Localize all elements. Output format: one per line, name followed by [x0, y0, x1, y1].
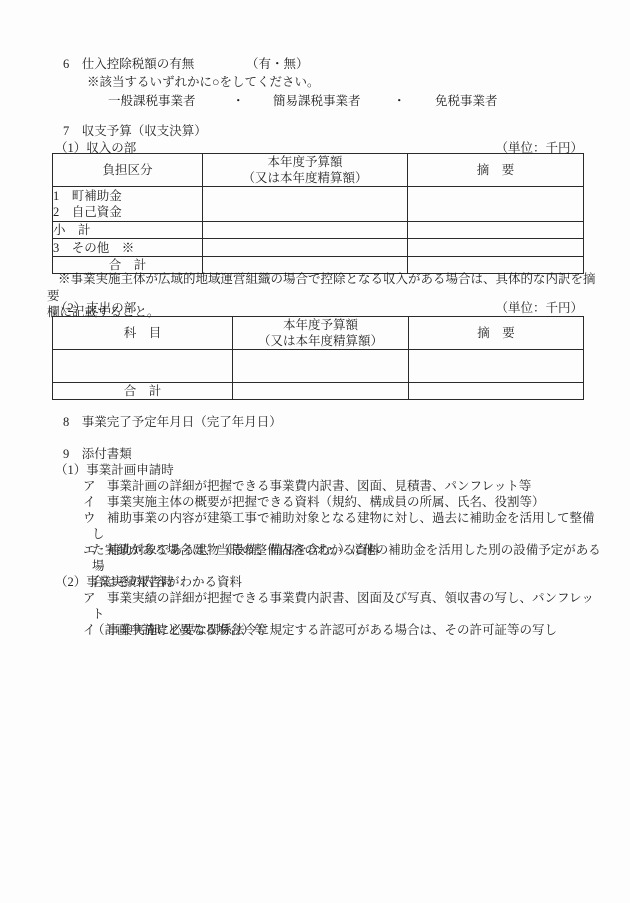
item-marker: ウ	[83, 510, 96, 526]
item-marker: エ	[83, 542, 96, 558]
item-marker: イ	[83, 494, 96, 510]
choice-separator-dot: ・	[232, 93, 245, 109]
income-row-label-subsidy-selffunds: 1 町補助金 2 自己資金	[53, 187, 203, 222]
expense-row-label-total: 合 計	[53, 383, 233, 400]
income-table: 負担区分 本年度予算額 （又は本年度精算額） 摘 要 1 町補助金 2 自己資金…	[52, 153, 584, 274]
income-row-label-other: 3 その他 ※	[53, 239, 203, 257]
list-item: ア 事業計画の詳細が把握できる事業費内訳書、図面、見積書、パンフレット等	[0, 478, 630, 494]
section6-yes-no-options: （有・無）	[246, 56, 309, 72]
section8-heading: 8 事業完了予定年月日（完了年月日）	[63, 414, 282, 430]
expense-row-item-cell	[53, 350, 233, 383]
choice-simplified-taxpayer: 簡易課税事業者	[273, 93, 361, 109]
expense-budget-cell	[233, 350, 409, 383]
income-row-label-subtotal: 小 計	[53, 222, 203, 239]
income-col-header-budget: 本年度予算額 （又は本年度精算額）	[203, 154, 408, 187]
choice-general-taxpayer: 一般課税事業者	[108, 93, 196, 109]
item-marker: イ	[83, 622, 96, 638]
section7-heading: 7 収支予算（収支決算）	[63, 123, 207, 139]
list-item: イ 事業実施に必要な関係法令に規定する許認可がある場合は、その許可証等の写し	[0, 622, 630, 638]
group1-label: （1）事業計画申請時	[55, 462, 174, 478]
item-text: 事業計画の詳細が把握できる事業費内訳書、図面、見積書、パンフレット等	[92, 478, 605, 494]
section9-heading: 9 添付書類	[63, 446, 132, 462]
expense-remarks-cell	[409, 383, 584, 400]
expense-part-label: （2）支出の部	[55, 300, 136, 316]
item-text: 事業実施主体の概要が把握できる資料（規約、構成員の所属、氏名、役割等）	[92, 494, 605, 510]
expense-col-header-remarks: 摘 要	[409, 317, 584, 350]
income-remarks-cell	[408, 187, 584, 222]
section6-heading: 6 仕入控除税額の有無	[63, 56, 194, 72]
expense-col-header-budget: 本年度予算額 （又は本年度精算額）	[233, 317, 409, 350]
expense-remarks-cell	[409, 350, 584, 383]
choice-exempt-taxpayer: 免税事業者	[435, 93, 498, 109]
section6-instruction: ※該当するいずれかに○をしてください。	[87, 74, 320, 90]
income-col-header-category: 負担区分	[53, 154, 203, 187]
list-item: イ 事業実施主体の概要が把握できる資料（規約、構成員の所属、氏名、役割等）	[0, 494, 630, 510]
expense-unit-label: （単位：千円）	[363, 300, 583, 316]
item-marker: ア	[83, 590, 96, 606]
income-budget-cell	[203, 222, 408, 239]
item-text: 事業実施に必要な関係法令に規定する許認可がある場合は、その許可証等の写し	[92, 622, 605, 638]
income-col-header-remarks: 摘 要	[408, 154, 584, 187]
document-page: 6 仕入控除税額の有無 （有・無） ※該当するいずれかに○をしてください。 一般…	[0, 0, 630, 903]
expense-table: 科 目 本年度予算額 （又は本年度精算額） 摘 要 合 計	[52, 316, 584, 400]
expense-budget-cell	[233, 383, 409, 400]
income-remarks-cell	[408, 239, 584, 257]
item-marker: ア	[83, 478, 96, 494]
choice-separator-dot: ・	[393, 93, 406, 109]
income-budget-cell	[203, 239, 408, 257]
expense-col-header-item: 科 目	[53, 317, 233, 350]
group2-label: （2）事業実績報告時	[55, 574, 174, 590]
income-budget-cell	[203, 187, 408, 222]
income-remarks-cell	[408, 222, 584, 239]
